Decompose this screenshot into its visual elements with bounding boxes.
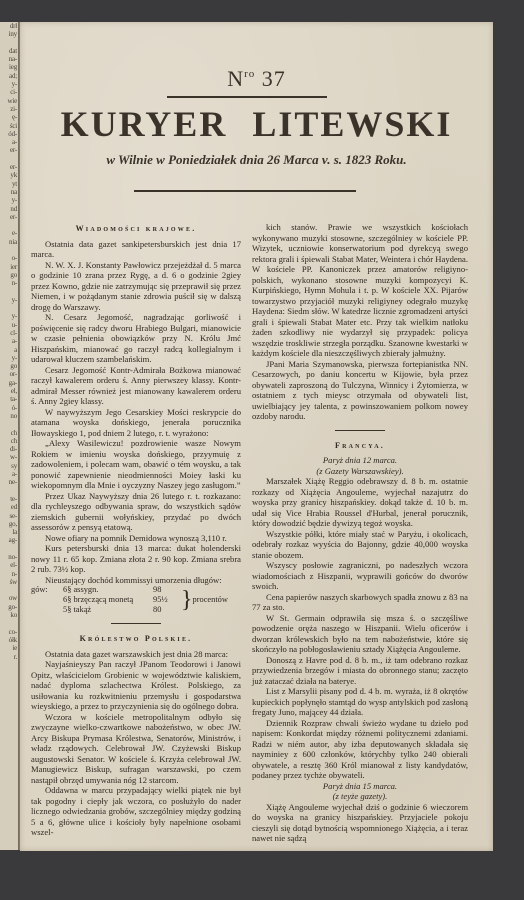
article-paragraph: Nayjaśnieyszy Pan raczył JPanom Teodorow… xyxy=(31,659,241,712)
section-heading-domestic: Wiadomości krajowe. xyxy=(31,224,241,235)
right-paragraphs-2: Marszałek Xiążę Reggio odebrawszy d. 8 b… xyxy=(252,476,468,781)
article-paragraph: Xiążę Angouleme wyjechał dziś o godzinie… xyxy=(252,802,468,844)
issue-sup: ro xyxy=(244,68,255,80)
rates-row-label: 5§ takąż xyxy=(63,605,153,615)
article-paragraph: Nieustający dochód kommissyi umorzenia d… xyxy=(31,575,241,586)
article-paragraph: Wszyscy posłowie zagraniczni, po nadeszł… xyxy=(252,560,468,592)
rates-row-label: 6§ assygn. xyxy=(63,585,153,595)
article-paragraph: „Alexy Wasilewiczu! pozdrowienie wasze N… xyxy=(31,438,241,491)
left-paragraphs: Ostatnia data gazet sankipetersburskich … xyxy=(31,239,241,586)
article-paragraph: Oddawna w marcu przypadający wielki piąt… xyxy=(31,785,241,838)
article-paragraph: List z Marsylii pisany pod d. 4 b. m. wy… xyxy=(252,686,468,718)
issue-number-value: 37 xyxy=(262,66,286,91)
article-paragraph: Wczora w kościele metropolitalnym odbyło… xyxy=(31,712,241,786)
newspaper-dateline: w Wilnie w Poniedziałek dnia 26 Marca v.… xyxy=(20,152,493,168)
article-paragraph: W naywyższym Jego Cesarskiey Mości reskr… xyxy=(31,407,241,439)
rates-prefix: gów: xyxy=(31,585,63,595)
rates-suffix: procentów xyxy=(193,585,228,615)
adjacent-page-edge: drł iny dat na- ieg ad; y- ci- wie zi- ę… xyxy=(0,22,20,850)
rates-row-value: 95½ xyxy=(153,595,181,605)
right-paragraphs: kich stanów. Prawie we wszystkich kościo… xyxy=(252,222,468,422)
article-paragraph: Ostatnia data gazet warszawskich jest dn… xyxy=(31,649,241,660)
rates-row-label: 6§ brzęczącą monetą xyxy=(63,595,153,605)
section-heading-kingdom-of-poland: Królestwo Polskie. xyxy=(31,634,241,645)
section-separator xyxy=(111,623,161,624)
right-paragraphs-3: Xiążę Angouleme wyjechał dziś o godzinie… xyxy=(252,802,468,844)
article-paragraph: Dziennik Rozpraw chwali świeżo wydane tu… xyxy=(252,718,468,781)
masthead-rule-top xyxy=(167,96,327,98)
left-paragraphs-2: Ostatnia data gazet warszawskich jest dn… xyxy=(31,649,241,838)
dateline-paris-12: Paryż dnia 12 marca. xyxy=(252,455,468,466)
article-paragraph: Przez Ukaz Naywyższy dnia 26 lutego r. t… xyxy=(31,491,241,533)
article-paragraph: N. W. X. J. Konstanty Pawłowicz przejeżd… xyxy=(31,260,241,313)
article-paragraph: Nowe ofiary na pomnik Demidowa wynoszą 3… xyxy=(31,533,241,544)
masthead-rule-bottom xyxy=(134,190,356,192)
article-paragraph: Donoszą z Havre pod d. 8 b. m., iż tam o… xyxy=(252,655,468,687)
article-paragraph: Kurs petersburski dnia 13 marca: dukat h… xyxy=(31,543,241,575)
article-paragraph: JPani Maria Szymanowska, pierwsza fortep… xyxy=(252,359,468,422)
issue-prefix: N xyxy=(227,66,244,91)
article-paragraph: Cesarz Jegomość Kontr-Admirała Bożkowa m… xyxy=(31,365,241,407)
right-column: kich stanów. Prawie we wszystkich kościo… xyxy=(252,222,468,844)
rates-brace: }procentów xyxy=(181,585,241,615)
source-note-2: (z teyże gazety). xyxy=(252,791,468,802)
rates-row-value: 80 xyxy=(153,605,181,615)
article-paragraph: W St. Germain odprawiła się msza ś. o sz… xyxy=(252,613,468,655)
source-note-1: (z Gazety Warszawskiey). xyxy=(252,466,468,477)
article-paragraph: Cena papierów naszych skarbowych spadła … xyxy=(252,592,468,613)
dateline-paris-15: Paryż dnia 15 marca. xyxy=(252,781,468,792)
left-column: Wiadomości krajowe. Ostatnia data gazet … xyxy=(31,222,241,838)
article-paragraph: Marszałek Xiążę Reggio odebrawszy d. 8 b… xyxy=(252,476,468,529)
adjacent-page-text: drł iny dat na- ieg ad; y- ci- wie zi- ę… xyxy=(0,22,18,661)
article-paragraph: N. Cesarz Jegomość, nagradzając gorliwoś… xyxy=(31,312,241,365)
article-paragraph: Wszystkie półki, które miały stać w Pary… xyxy=(252,529,468,561)
article-paragraph: kich stanów. Prawie we wszystkich kościo… xyxy=(252,222,468,359)
newspaper-page: Nro 37 KURYER LITEWSKI w Wilnie w Ponied… xyxy=(20,22,493,851)
rates-table: gów: 6§ assygn. 98 }procentów 6§ brzęczą… xyxy=(31,585,241,615)
section-heading-france: Francya. xyxy=(252,441,468,452)
rates-row-value: 98 xyxy=(153,585,181,595)
article-paragraph: Ostatnia data gazet sankipetersburskich … xyxy=(31,239,241,260)
newspaper-title: KURYER LITEWSKI xyxy=(20,103,493,145)
section-separator xyxy=(335,430,385,431)
issue-number: Nro 37 xyxy=(20,66,493,92)
